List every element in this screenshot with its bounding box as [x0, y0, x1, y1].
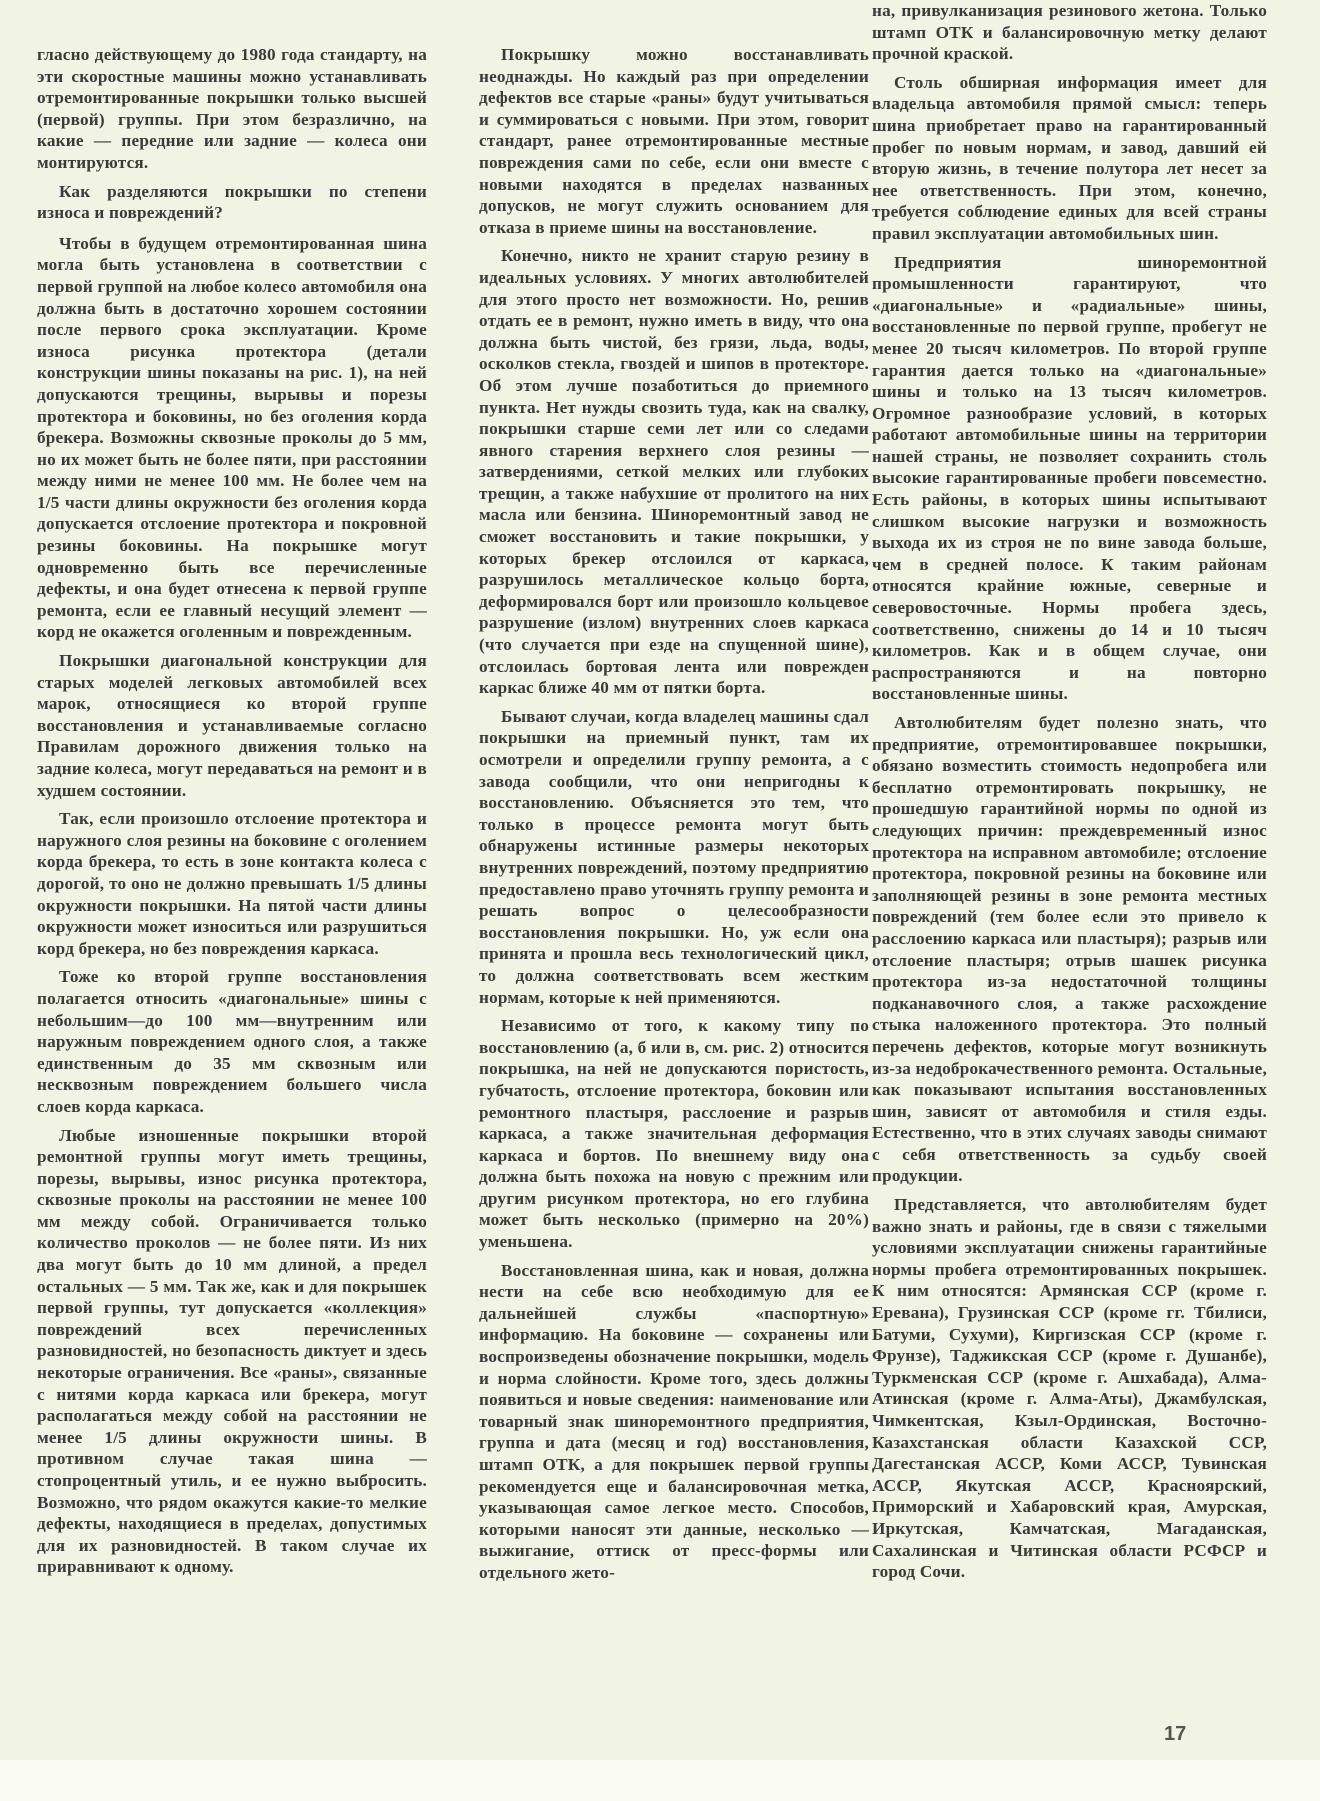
paragraph: Представляется, что автолюбителям будет …	[872, 1194, 1267, 1583]
page-number: 17	[1164, 1723, 1186, 1746]
text-column-3: на, привулканизация резинового жетона. Т…	[872, 0, 1267, 1590]
paragraph: Предприятия шиноремонтной промышленности…	[872, 252, 1267, 705]
text-column-1: гласно действующему до 1980 года стандар…	[37, 44, 427, 1585]
paragraph: Покрышки диагональной конструкции для ст…	[37, 650, 427, 801]
paragraph: Восстановленная шина, как и новая, должн…	[479, 1260, 869, 1584]
paragraph: Независимо от того, к какому типу по вос…	[479, 1015, 869, 1253]
section-question: Как разделяются покрышки по степени изно…	[37, 181, 427, 224]
paragraph: Столь обширная информация имеет для влад…	[872, 72, 1267, 245]
paragraph: Конечно, никто не хранит старую резину в…	[479, 245, 869, 698]
paragraph: Покрышку можно восстанавливать неоднажды…	[479, 44, 869, 238]
paragraph: Так, если произошло отслоение протектора…	[37, 808, 427, 959]
paragraph: на, привулканизация резинового жетона. Т…	[872, 0, 1267, 65]
page-margin	[0, 1760, 1320, 1801]
paragraph: Любые изношенные покрышки второй ремонтн…	[37, 1125, 427, 1578]
text-column-2: Покрышку можно восстанавливать неоднажды…	[479, 44, 869, 1591]
paragraph: Чтобы в будущем отремонтированная шина м…	[37, 233, 427, 643]
paragraph: гласно действующему до 1980 года стандар…	[37, 44, 427, 174]
magazine-page: гласно действующему до 1980 года стандар…	[0, 0, 1320, 1760]
paragraph: Тоже ко второй группе восстановления пол…	[37, 966, 427, 1117]
paragraph: Бывают случаи, когда владелец машины сда…	[479, 706, 869, 1008]
paragraph: Автолюбителям будет полезно знать, что п…	[872, 712, 1267, 1187]
